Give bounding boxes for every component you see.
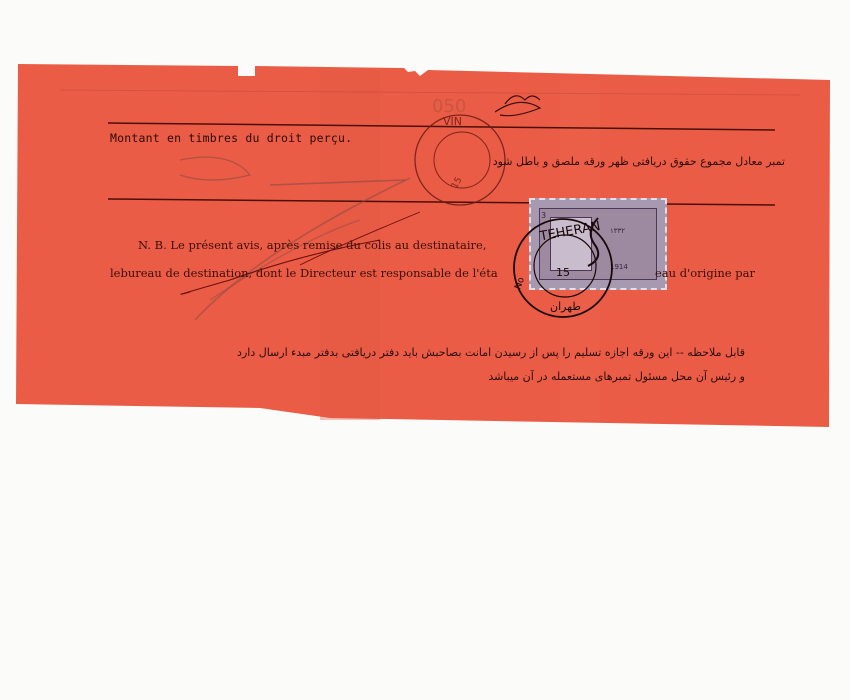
fee-label-persian: تمبر معادل مجموع حقوق دریافتی ظهر ورقه م… [517, 155, 785, 168]
svg-text:طهران: طهران [550, 300, 581, 313]
persian-note-line-1: قابل ملاحظه -- این ورقه اجازه تسلیم را پ… [170, 346, 745, 359]
nb-line-1: N. B. Le présent avis, après remise du c… [138, 238, 487, 252]
persian-note-line-2: و رئیس آن محل مسئول تمبرهای مستعمله در آ… [400, 370, 745, 383]
fee-label-french: Montant en timbres du droit perçu. [110, 131, 352, 145]
nb-line-1-tail: eau d'origine par [655, 266, 755, 280]
svg-text:15: 15 [556, 266, 570, 279]
nb-line-2: lebureau de destination, dont le Directe… [110, 266, 520, 280]
nb-line-1-text: N. B. Le présent avis, après remise du c… [138, 238, 487, 252]
tehran-postmark: TEHERAN 15 طهران No [513, 219, 612, 317]
